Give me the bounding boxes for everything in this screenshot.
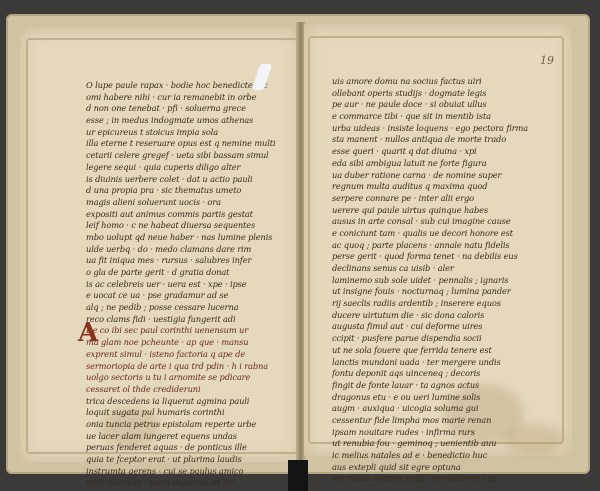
text-line: ducere uirtutum die · sic dona caloris: [332, 310, 542, 322]
text-line: esse ; in medus indogmate umos athenas: [86, 115, 286, 127]
text-line: uerere qui paule uirtus quinque habes: [332, 205, 542, 217]
text-line: ac quoq ; parte placens · annale natu fi…: [332, 240, 542, 252]
text-line: ut ne sola fouere que ferrida tenere est: [332, 345, 542, 357]
text-line: sta manent · nullos antiqua de morte tra…: [332, 134, 542, 146]
text-line: ur epicureus t stoicus impia sola: [86, 127, 286, 139]
text-line: expositi aut animus commis partis gestat: [86, 209, 286, 221]
text-line: uis amore domu na socius factus uiri: [332, 76, 542, 88]
text-line: leif homo · c ne habeat diuersa sequente…: [86, 220, 286, 232]
text-line: d non one tenebat · pfi · soluerna grece: [86, 103, 286, 115]
right-page-text: uis amore domu na socius factus uiriolle…: [332, 76, 542, 485]
text-line: cessentur fide limpha mos marie renan: [332, 415, 542, 427]
text-line: dragonus etu · e ou ueri lumine solis: [332, 392, 542, 404]
text-line: rij saeclis radiis ardentib ; inserere e…: [332, 298, 542, 310]
text-line: laminemo sub sole uidet · pennalis ; ign…: [332, 275, 542, 287]
text-line: De co ibi sec paul corinthi uenensum ur: [86, 325, 286, 337]
text-line: urba uideas · insiste loquens · ego pect…: [332, 123, 542, 135]
text-line: is diuinis uerbere colet · dat u actio p…: [86, 174, 286, 186]
left-page-text: O lupe paule rapax · bodie hoc benedicte…: [86, 80, 286, 489]
text-line: trica descedens ia liquerat agmina pauli: [86, 396, 286, 408]
text-line: ut renubia fou · geminoq ; uenientib auu: [332, 438, 542, 450]
text-line: ua duber ratione carna · de nomine super: [332, 170, 542, 182]
text-line: ausus in arte consal · sub cui imagine c…: [332, 216, 542, 228]
text-line: ccipit · pusfere parue dispendia socii: [332, 333, 542, 345]
text-line: e commarce tibi · que sit in mentib ista: [332, 111, 542, 123]
right-page: 19 uis amore domu na socius factus uirio…: [304, 24, 572, 456]
text-line: ut insigne fouis · nocturnaq ; lumina pa…: [332, 286, 542, 298]
text-line: mitir hospicio · socia dignatus ad ire: [86, 477, 286, 489]
text-line: ue lacer alam iungeret equens undas: [86, 431, 286, 443]
spine-shadow: [288, 460, 308, 491]
text-line: ollebant operis studijs · dogmate legis: [332, 88, 542, 100]
text-line: regnum multa auditus q maxima quod: [332, 181, 542, 193]
text-line: inicribata uertare mali · renouaberis i …: [332, 473, 542, 485]
text-line: augusta fimul aut · cui deforme uires: [332, 321, 542, 333]
text-line: mbo uolupt qd neue haber · nas lumine pl…: [86, 232, 286, 244]
text-line: fontu deponit aqs uinceneq ; decoris: [332, 368, 542, 380]
text-line: illa eterne t reseruare opus est q nemin…: [86, 138, 286, 150]
text-line: omi habere nihi · cur ia remanebit in or…: [86, 92, 286, 104]
text-line: cetarii celere gregef · ueta sibi bassam…: [86, 150, 286, 162]
decorated-initial: A: [78, 318, 98, 348]
text-line: o gla de parte gerit · d gratia donat: [86, 267, 286, 279]
text-line: peruas fenderet aquas · de ponticus ille: [86, 442, 286, 454]
text-line: alq ; ne pedib ; posse cessare lucerna: [86, 302, 286, 314]
text-line: ua fit iniqua mes · rursus · salubres in…: [86, 255, 286, 267]
text-line: onia tuncia petrus epistolam reperte urb…: [86, 419, 286, 431]
text-line: is ac celebreis uer · uera est · xpe · i…: [86, 279, 286, 291]
text-line: e coniciunt tam · qualis ue decori honor…: [332, 228, 542, 240]
text-line: ulde uerbq · do · medo clamans dare rim: [86, 244, 286, 256]
text-line: reco clams fidi · uestigia fungerit adi: [86, 314, 286, 326]
left-page: O lupe paule rapax · bodie hoc benedicte…: [20, 28, 303, 462]
text-line: perse gerit · quod forma tenet · na debi…: [332, 251, 542, 263]
text-line: esse queri · quarit q dat diuina · xpi: [332, 146, 542, 158]
text-line: legere sequi · quia cuperis diligo alter: [86, 162, 286, 174]
text-line: aus extepli quid sit egre optuna: [332, 462, 542, 474]
text-line: instrumta gerens · cui se paulus amico: [86, 466, 286, 478]
folio-number: 19: [540, 54, 554, 67]
text-line: ipsam nouitare rudes · infirma rurs: [332, 427, 542, 439]
text-line: serpere connare pe · inter alii ergo: [332, 193, 542, 205]
text-line: magis alieni soluerunt uocis · ora: [86, 197, 286, 209]
text-line: e uocat ce ua · pse gradamur ad se: [86, 290, 286, 302]
text-line: cessaret ol thde credideruni: [86, 384, 286, 396]
text-line: fingit de fonte lauar · ta agnos actus: [332, 380, 542, 392]
text-line: pe aur · ne paule doce · si obuiat ullus: [332, 99, 542, 111]
text-line: ma glam noe pcheunte · ap que · mansu: [86, 337, 286, 349]
text-line: quia te fceptor erat · ut plurima laudis: [86, 454, 286, 466]
text-line: sermoriopia de arte i qua trd pdin · h i…: [86, 361, 286, 373]
manuscript-book: O lupe paule rapax · bodie hoc benedicte…: [6, 14, 590, 476]
text-line: declinans senus ca uisib · aler: [332, 263, 542, 275]
text-line: augm · auxiqua · uicogia soluma gui: [332, 403, 542, 415]
text-line: loquit sugata pul humaris corinthi: [86, 407, 286, 419]
text-line: ic melius natales ad e · benedictio huc: [332, 450, 542, 462]
text-line: lanctis mundani uada · ter mergere undis: [332, 357, 542, 369]
text-line: eda sibi ambigua latuit ne forte figura: [332, 158, 542, 170]
text-line: exprent simul · isteno factoria q ape de: [86, 349, 286, 361]
text-line: uolgo sectoris u tu i arnomite se pdicar…: [86, 372, 286, 384]
text-line: d una propia pra · sic thematus umeto: [86, 185, 286, 197]
